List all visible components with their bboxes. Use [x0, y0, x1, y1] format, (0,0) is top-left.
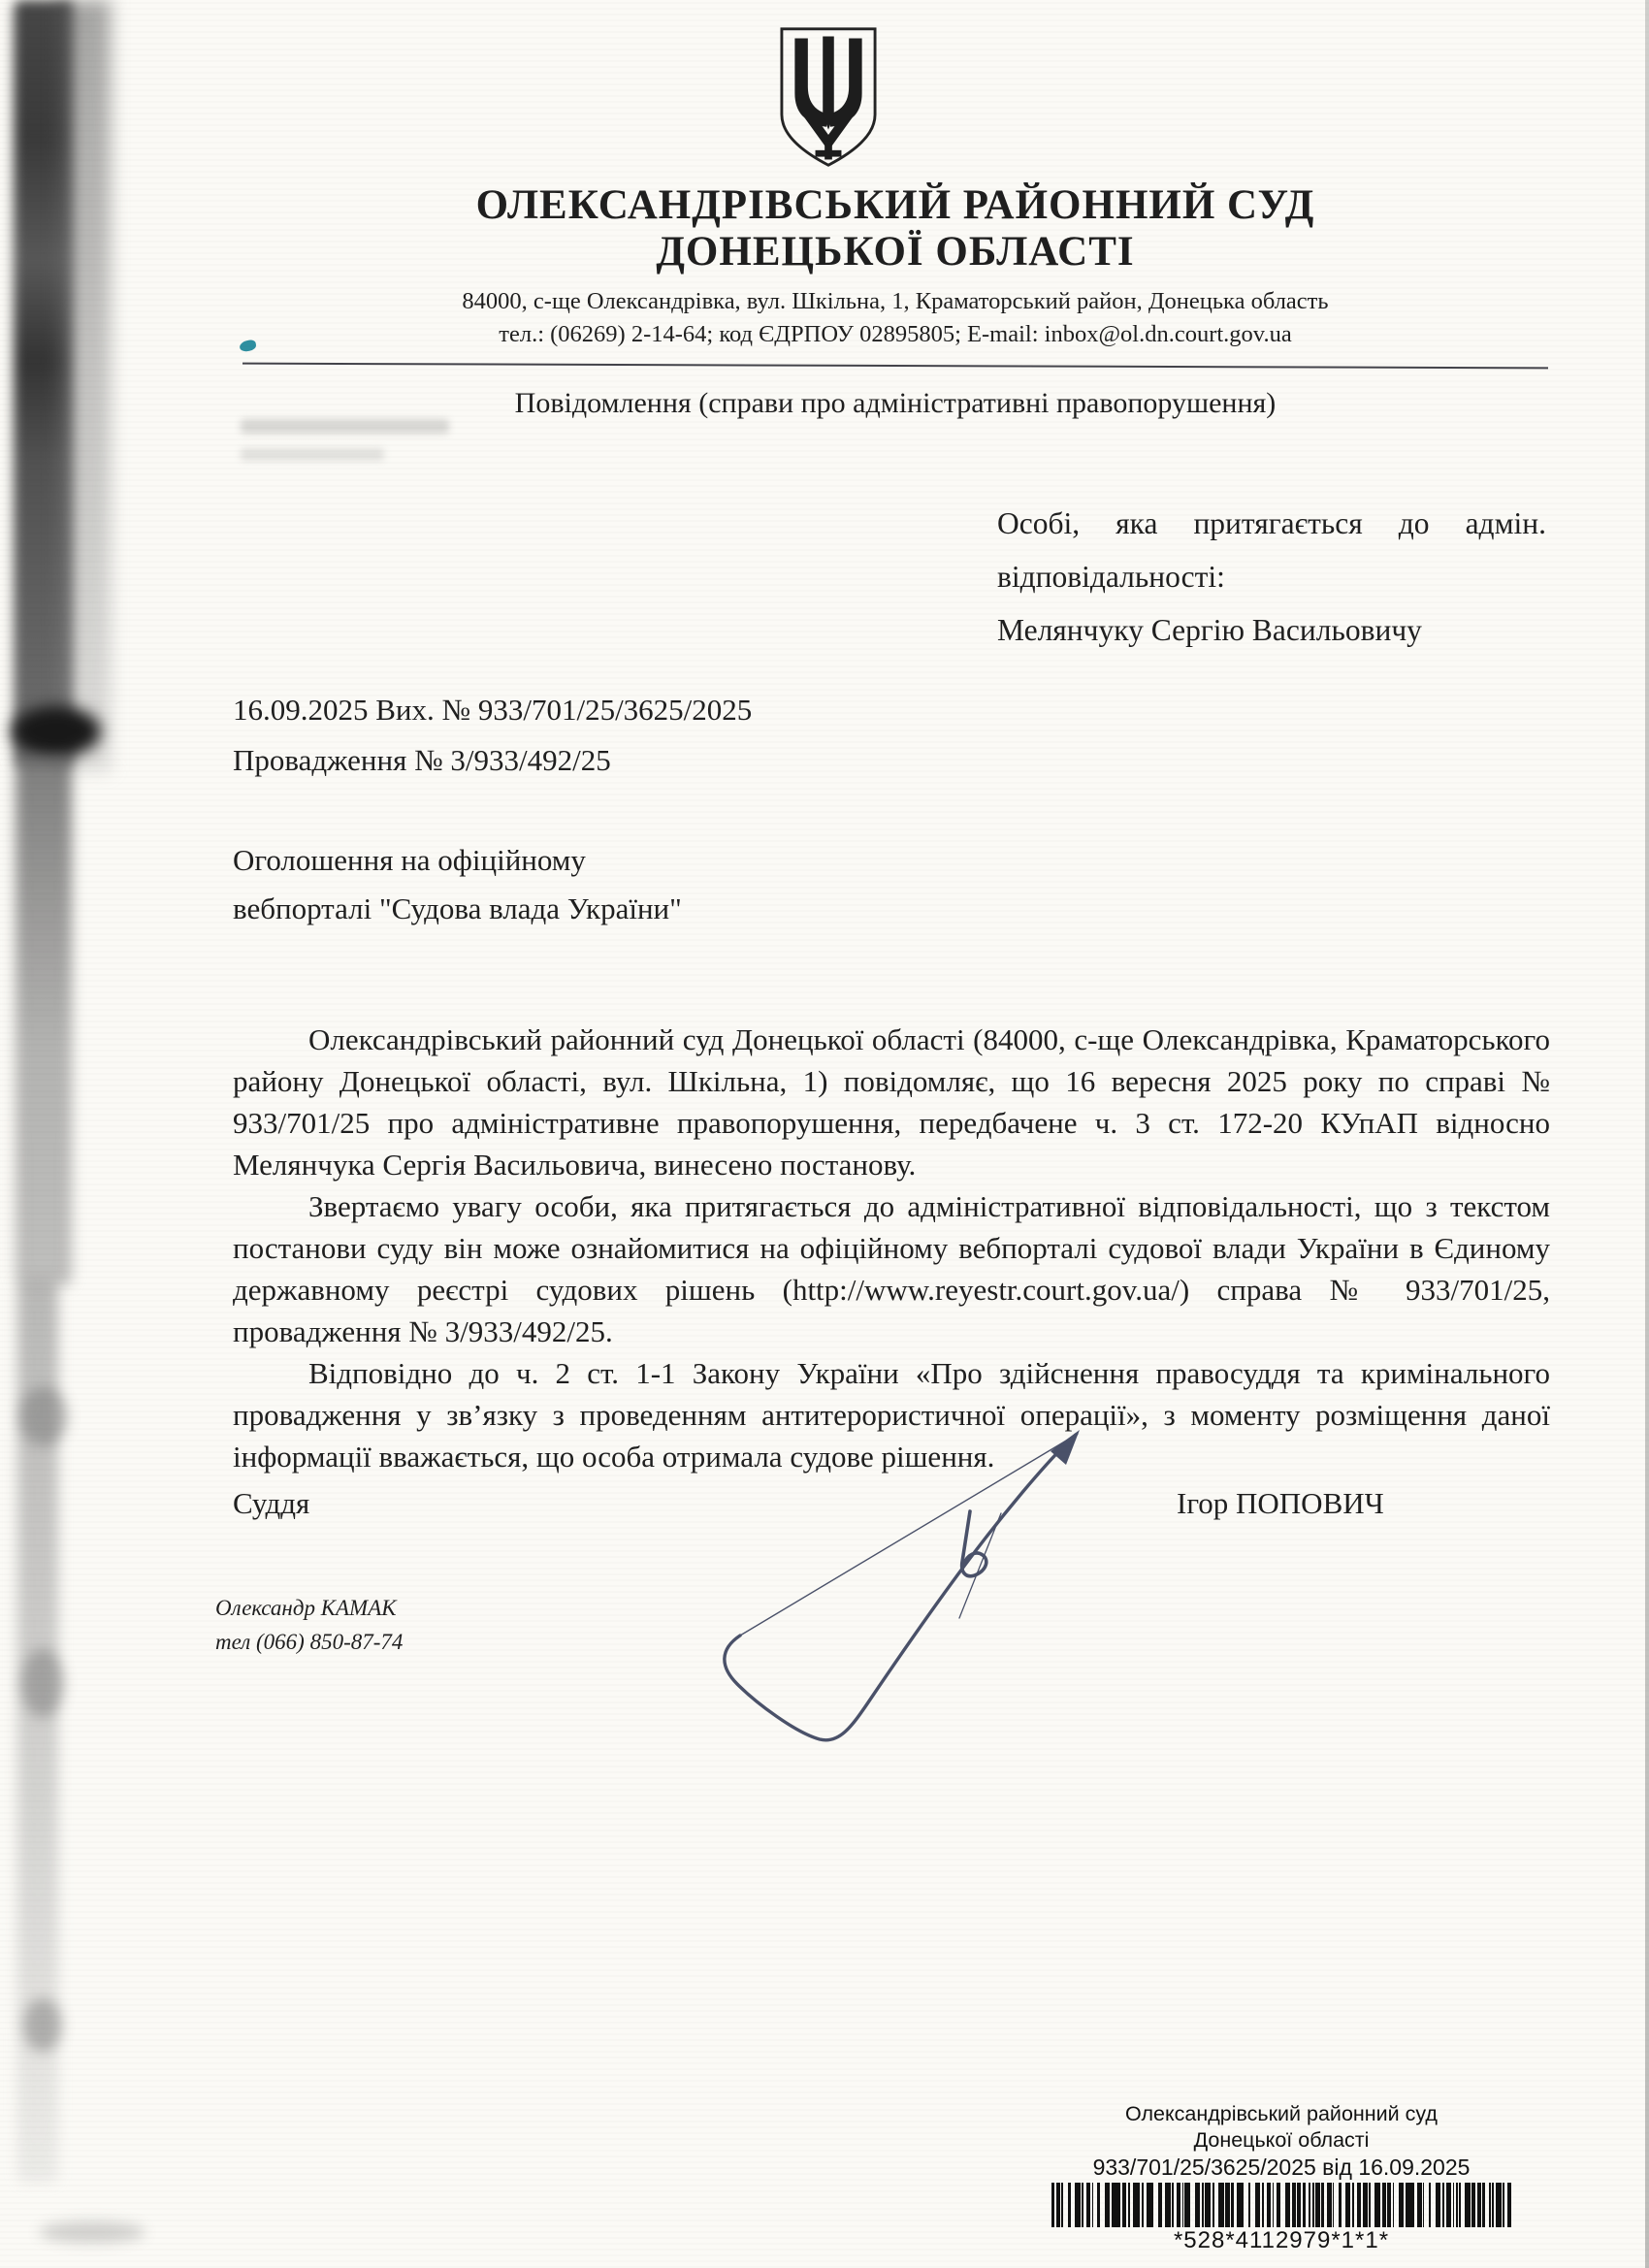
court-contacts: тел.: (06269) 2-14-64; код ЄДРПОУ 028958…: [242, 318, 1548, 351]
outgoing-number: 16.09.2025 Вих. № 933/701/25/3625/2025: [233, 685, 752, 735]
scan-artifact-strip-fade: [60, 0, 111, 771]
document-title: Повідомлення (справи про адміністративні…: [242, 387, 1548, 420]
scan-artifact-dark-blob: [12, 706, 101, 757]
scan-bleedthrough-smudge: [241, 419, 449, 434]
clerk-name: Олександр КАМАК: [215, 1591, 403, 1625]
ukraine-trident-emblem-icon: [771, 25, 886, 171]
scan-artifact-patch: [39, 2221, 145, 2243]
letterhead: ОЛЕКСАНДРІВСЬКИЙ РАЙОННИЙ СУД ДОНЕЦЬКОЇ …: [242, 182, 1548, 351]
reference-block: 16.09.2025 Вих. № 933/701/25/3625/2025 П…: [233, 685, 752, 786]
body-paragraph-2: Звертаємо увагу особи, яка притягається …: [233, 1185, 1550, 1352]
body-paragraph-1: Олександрівський районний суд Донецької …: [233, 1019, 1550, 1185]
scan-bleedthrough-smudge: [241, 448, 384, 461]
proceeding-number: Провадження № 3/933/492/25: [233, 735, 752, 786]
clerk-phone: тел (066) 850-87-74: [215, 1625, 403, 1659]
court-name-line2: ДОНЕЦЬКОЇ ОБЛАСТІ: [242, 229, 1548, 275]
announcement-line2: вебпорталі "Судова влада України": [233, 885, 682, 933]
scan-artifact-patch: [23, 1998, 62, 2052]
scan-artifact-patch: [19, 1387, 68, 1445]
clerk-block: Олександр КАМАК тел (066) 850-87-74: [215, 1591, 403, 1659]
stamp-court-line2: Донецької області: [1051, 2127, 1512, 2154]
barcode: [1051, 2183, 1511, 2227]
scan-artifact-strip-middle: [16, 757, 72, 1285]
signer-role: Суддя: [233, 1486, 309, 1521]
judge-signature: [466, 1358, 1086, 1775]
letterhead-divider: [242, 363, 1548, 370]
stamp-court-line1: Олександрівський районний суд: [1051, 2101, 1512, 2127]
announcement-line1: Оголошення на офіційному: [233, 836, 682, 885]
scanned-court-letter-page: ОЛЕКСАНДРІВСЬКИЙ РАЙОННИЙ СУД ДОНЕЦЬКОЇ …: [0, 0, 1649, 2268]
barcode-text: *528*4112979*1*1*: [1051, 2227, 1512, 2254]
scan-right-edge-line: [1645, 0, 1649, 2268]
announcement-block: Оголошення на офіційному вебпорталі "Суд…: [233, 836, 682, 933]
recipient-line1: Особі, яка притягається до адмін.: [997, 497, 1546, 550]
stamp-doc-number: 933/701/25/3625/2025 від 16.09.2025: [1051, 2154, 1512, 2182]
recipient-line3: Мелянчуку Сергію Васильовичу: [997, 603, 1546, 657]
recipient-block: Особі, яка притягається до адмін. відпов…: [997, 497, 1546, 657]
registration-stamp: Олександрівський районний суд Донецької …: [1051, 2101, 1512, 2254]
scan-artifact-patch: [21, 1649, 64, 1717]
recipient-line2: відповідальності:: [997, 550, 1546, 603]
court-name-line1: ОЛЕКСАНДРІВСЬКИЙ РАЙОННИЙ СУД: [242, 182, 1548, 229]
judge-name: Ігор ПОПОВИЧ: [1177, 1486, 1384, 1521]
court-address: 84000, с-ще Олександрівка, вул. Шкільна,…: [242, 285, 1548, 318]
